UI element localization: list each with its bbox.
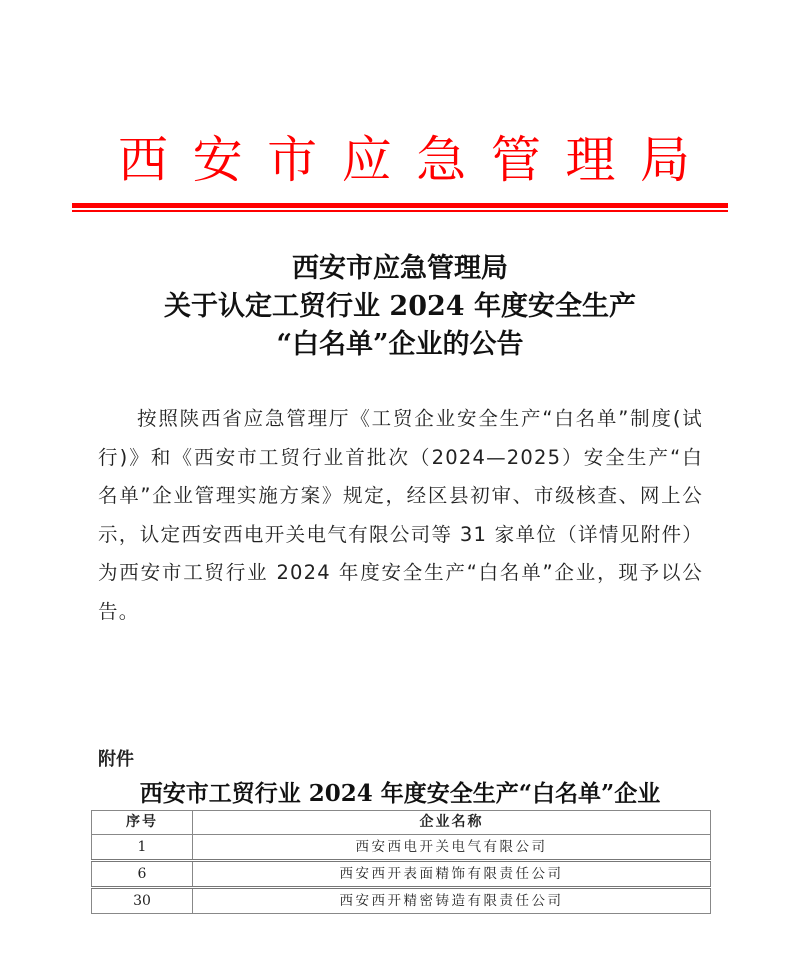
attachment-label: 附件 bbox=[98, 745, 134, 771]
cell-company-name: 西安西开表面精饰有限责任公司 bbox=[193, 861, 711, 888]
letterhead-char: 西 bbox=[118, 128, 168, 192]
cell-seq: 1 bbox=[92, 835, 193, 861]
letterhead-char: 市 bbox=[267, 128, 317, 192]
announcement-title: 西安市应急管理局 关于认定工贸行业 2024 年度安全生产 “白名单”企业的公告 bbox=[0, 250, 800, 364]
org-letterhead: 西 安 市 应 急 管 理 局 bbox=[72, 128, 728, 192]
cell-company-name: 西安西开精密铸造有限责任公司 bbox=[193, 888, 711, 914]
cell-company-name: 西安西电开关电气有限公司 bbox=[193, 835, 711, 861]
letterhead-char: 管 bbox=[491, 128, 541, 192]
letterhead-char: 局 bbox=[640, 128, 690, 192]
title-line-1: 西安市应急管理局 bbox=[0, 250, 800, 288]
letterhead-divider-thin bbox=[72, 210, 728, 212]
table-title: 西安市工贸行业 2024 年度安全生产“白名单”企业 bbox=[0, 778, 800, 810]
table-row: 1 西安西电开关电气有限公司 bbox=[92, 835, 711, 861]
announcement-body: 按照陕西省应急管理厅《工贸企业安全生产“白名单”制度(试行)》和《西安市工贸行业… bbox=[98, 400, 703, 631]
document-page: 西 安 市 应 急 管 理 局 西安市应急管理局 关于认定工贸行业 2024 年… bbox=[0, 0, 800, 961]
table-row: 6 西安西开表面精饰有限责任公司 bbox=[92, 861, 711, 888]
letterhead-char: 急 bbox=[416, 128, 466, 192]
title-line-3: “白名单”企业的公告 bbox=[0, 326, 800, 364]
letterhead-char: 应 bbox=[342, 128, 392, 192]
column-header-seq: 序号 bbox=[92, 811, 193, 835]
body-paragraph: 按照陕西省应急管理厅《工贸企业安全生产“白名单”制度(试行)》和《西安市工贸行业… bbox=[98, 400, 703, 631]
table-header-row: 序号 企业名称 bbox=[92, 811, 711, 835]
title-line-2: 关于认定工贸行业 2024 年度安全生产 bbox=[0, 288, 800, 326]
whitelist-table: 序号 企业名称 1 西安西电开关电气有限公司 6 西安西开表面精饰有限责任公司 … bbox=[91, 810, 711, 914]
column-header-name: 企业名称 bbox=[193, 811, 711, 835]
letterhead-divider-thick bbox=[72, 203, 728, 208]
table-row: 30 西安西开精密铸造有限责任公司 bbox=[92, 888, 711, 914]
cell-seq: 6 bbox=[92, 861, 193, 888]
cell-seq: 30 bbox=[92, 888, 193, 914]
letterhead-char: 安 bbox=[193, 128, 243, 192]
letterhead-char: 理 bbox=[565, 128, 615, 192]
